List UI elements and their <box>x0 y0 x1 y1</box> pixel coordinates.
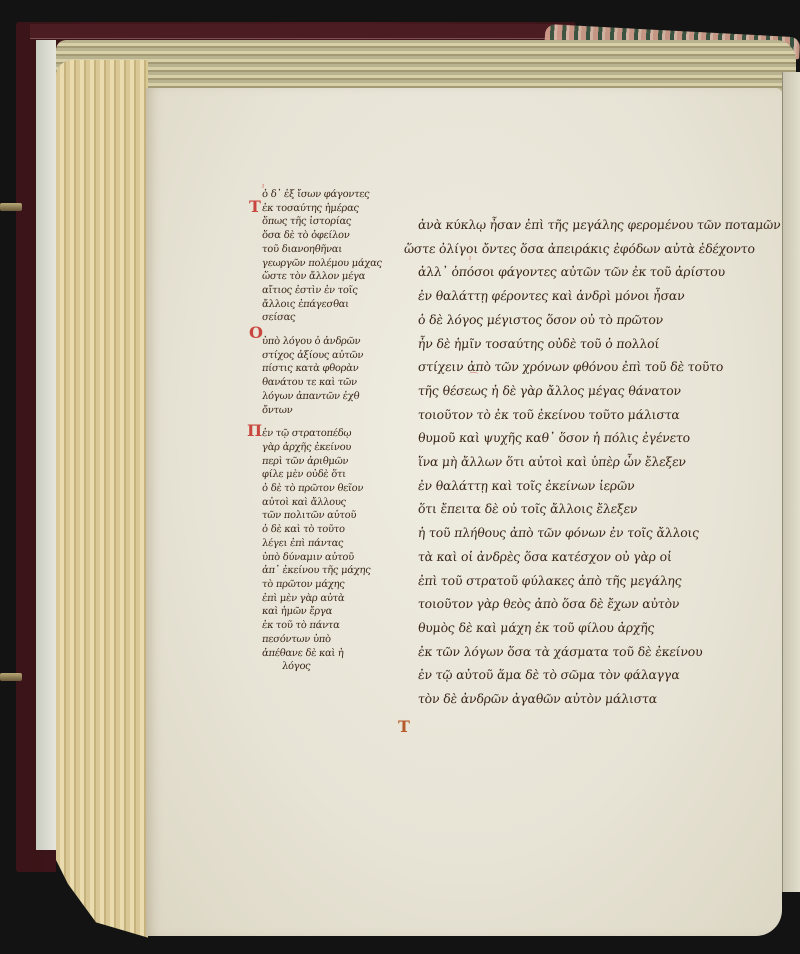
scholia-line: περὶ τῶν ἀριθμῶν <box>261 455 402 469</box>
scholia-line: ὁ δὲ καὶ τὸ τοῦτο <box>261 523 402 537</box>
scholia-line: ὁ δὲ τὸ πρῶτον θεῖον <box>261 482 402 496</box>
scholia-line: καὶ ἡμῶν ἔργα <box>261 605 402 619</box>
rubric-mark: ⁀ <box>470 373 477 383</box>
binding-cover-top-edge <box>30 24 570 39</box>
scholia-line: ἐκ τοσαύτης ἡμέρας <box>261 202 402 216</box>
text-line: ἦν δὲ ἡμῖν τοσαύτης οὐδὲ τοῦ ὁ πολλοί <box>417 332 789 356</box>
page-block-fore-edge <box>56 60 148 940</box>
scholia-line: ἐν τῷ στρατοπέδῳ <box>261 427 402 441</box>
text-line: θυμὸς δὲ καὶ μάχη ἐκ τοῦ φίλου ἀρχῆς <box>417 616 789 640</box>
text-line: ἀλλ᾽ ὁπόσοι φάγοντες αὐτῶν τῶν ἐκ τοῦ ἀρ… <box>417 260 789 284</box>
scholia-line: γεωργῶν πολέμου μάχας <box>261 257 402 271</box>
main-text-initial: Τ <box>398 717 410 736</box>
scholia-line: ὑπὸ δύναμιν αὐτοῦ <box>261 551 402 565</box>
text-line: ὅτι ἔπειτα δὲ οὐ τοῖς ἄλλοις ἔλεξεν <box>417 497 789 521</box>
text-line: ἐπὶ τοῦ στρατοῦ φύλακες ἀπὸ τῆς μεγάλης <box>417 569 789 593</box>
clasp-upper <box>0 203 22 211</box>
text-line: τοιοῦτον γὰρ θεὸς ἀπὸ ὅσα δὲ ἔχων αὐτὸν <box>417 592 789 616</box>
scholia-line: ἀπ᾽ ἐκείνου τῆς μάχης <box>261 564 402 578</box>
text-line: ἵνα μὴ ἄλλων ὅτι αὐτοὶ καὶ ὑπὲρ ὧν ἔλεξε… <box>417 450 789 474</box>
scholia-initial-3: Π <box>247 421 262 440</box>
scholia-line: πεσόντων ὑπὸ <box>261 633 402 647</box>
scholia-line: τοῦ διανοηθῆναι <box>261 243 402 257</box>
main-text-column: ἀνὰ κύκλῳ ἦσαν ἐπὶ τῆς μεγάλης φερομένου… <box>418 213 788 711</box>
text-line: θυμοῦ καὶ ψυχῆς καθ᾽ ὅσον ἡ πόλις ἐγένετ… <box>417 426 789 450</box>
scholia-line: τὸ πρῶτον μάχης <box>261 578 402 592</box>
scholia-line: λέγει ἐπὶ πάντας <box>261 537 402 551</box>
scholia-line: ὅσα δὲ τὸ ὀφείλον <box>261 229 402 243</box>
text-line: ἐν τῷ αὐτοῦ ἅμα δὲ τὸ σῶμα τὸν φάλαγγα <box>417 663 789 687</box>
text-line: ἡ τοῦ πλήθους ἀπὸ τῶν φόνων ἐν τοῖς ἄλλο… <box>417 521 789 545</box>
scholia-line: στίχος ἀξίους αὐτῶν <box>261 349 402 363</box>
scholia-line: ὅπως τῆς ἱστορίας <box>261 215 402 229</box>
scholia-line: γὰρ ἀρχῆς ἐκείνου <box>261 441 402 455</box>
text-line: ἐκ τῶν λόγων ὅσα τὰ χάσματα τοῦ δὲ ἐκείν… <box>417 640 789 664</box>
scholia-line: αἴτιος ἐστὶν ἐν τοῖς <box>261 284 402 298</box>
scholia-line: ἐπὶ μὲν γὰρ αὐτὰ <box>261 592 402 606</box>
rubric-mark: ˀ <box>469 256 472 266</box>
scholia-line: φίλε μὲν οὐδὲ ὅτι <box>261 468 402 482</box>
text-line: ἐν θαλάττῃ καὶ τοῖς ἐκείνων ἱερῶν <box>417 474 789 498</box>
clasp-lower <box>0 673 22 681</box>
text-line: τὸν δὲ ἀνδρῶν ἀγαθῶν αὐτὸν μάλιστα <box>417 687 789 711</box>
scholia-line: αὐτοὶ καὶ ἄλλους <box>261 496 402 510</box>
scholia-line: ἀπέθανε δὲ καὶ ἡ <box>261 647 402 661</box>
scholia-line: τῶν πολιτῶν αὐτοῦ <box>261 509 402 523</box>
scholia-initial-2: Ο <box>249 323 263 342</box>
scholia-line: λόγος <box>261 660 402 674</box>
scholia-line: ὄντων <box>261 404 402 418</box>
text-line: ὁ δὲ λόγος μέγιστος ὅσον οὐ τὸ πρῶτον <box>417 308 789 332</box>
scholia-line: ὑπὸ λόγου ὁ ἀνδρῶν <box>261 335 402 349</box>
scholia-line: λόγων ἀπαντῶν ἐχθ <box>261 390 402 404</box>
scholia-initial-1: Τ <box>249 197 261 216</box>
scholia-line: ὁ δ᾽ ἐξ ἴσων φάγοντες <box>261 188 402 202</box>
scholia-line: ἄλλοις ἐπάγεσθαι <box>261 298 402 312</box>
text-line: ὥστε ὀλίγοι ὄντες ὅσα ἀπειράκις ἐφόδων α… <box>403 237 789 261</box>
text-line: ἀνὰ κύκλῳ ἦσαν ἐπὶ τῆς μεγάλης φερομένου… <box>417 213 789 237</box>
scholia-line: ὥστε τὸν ἄλλον μέγα <box>261 270 402 284</box>
scholia-line: θανάτου τε καὶ τῶν <box>261 376 402 390</box>
text-line: ἐν θαλάττῃ φέροντες καὶ ἀνδρὶ μόνοι ἦσαν <box>417 284 789 308</box>
flyleaf <box>36 40 56 850</box>
page-block-top-edge <box>56 40 796 95</box>
scholia-line: ἐκ τοῦ τὸ πάντα <box>261 619 402 633</box>
scholia-line: σείσας <box>261 311 402 325</box>
scholia-column: ὁ δ᾽ ἐξ ἴσων φάγοντες ἐκ τοσαύτης ἡμέρας… <box>262 188 402 674</box>
text-line: τοιοῦτον τὸ ἐκ τοῦ ἐκείνου τοῦτο μάλιστα <box>417 403 789 427</box>
text-line: τὰ καὶ οἱ ἀνδρὲς ὅσα κατέσχον οὐ γὰρ οἱ <box>417 545 789 569</box>
scholia-line: πίστις κατὰ φθορὰν <box>261 362 402 376</box>
